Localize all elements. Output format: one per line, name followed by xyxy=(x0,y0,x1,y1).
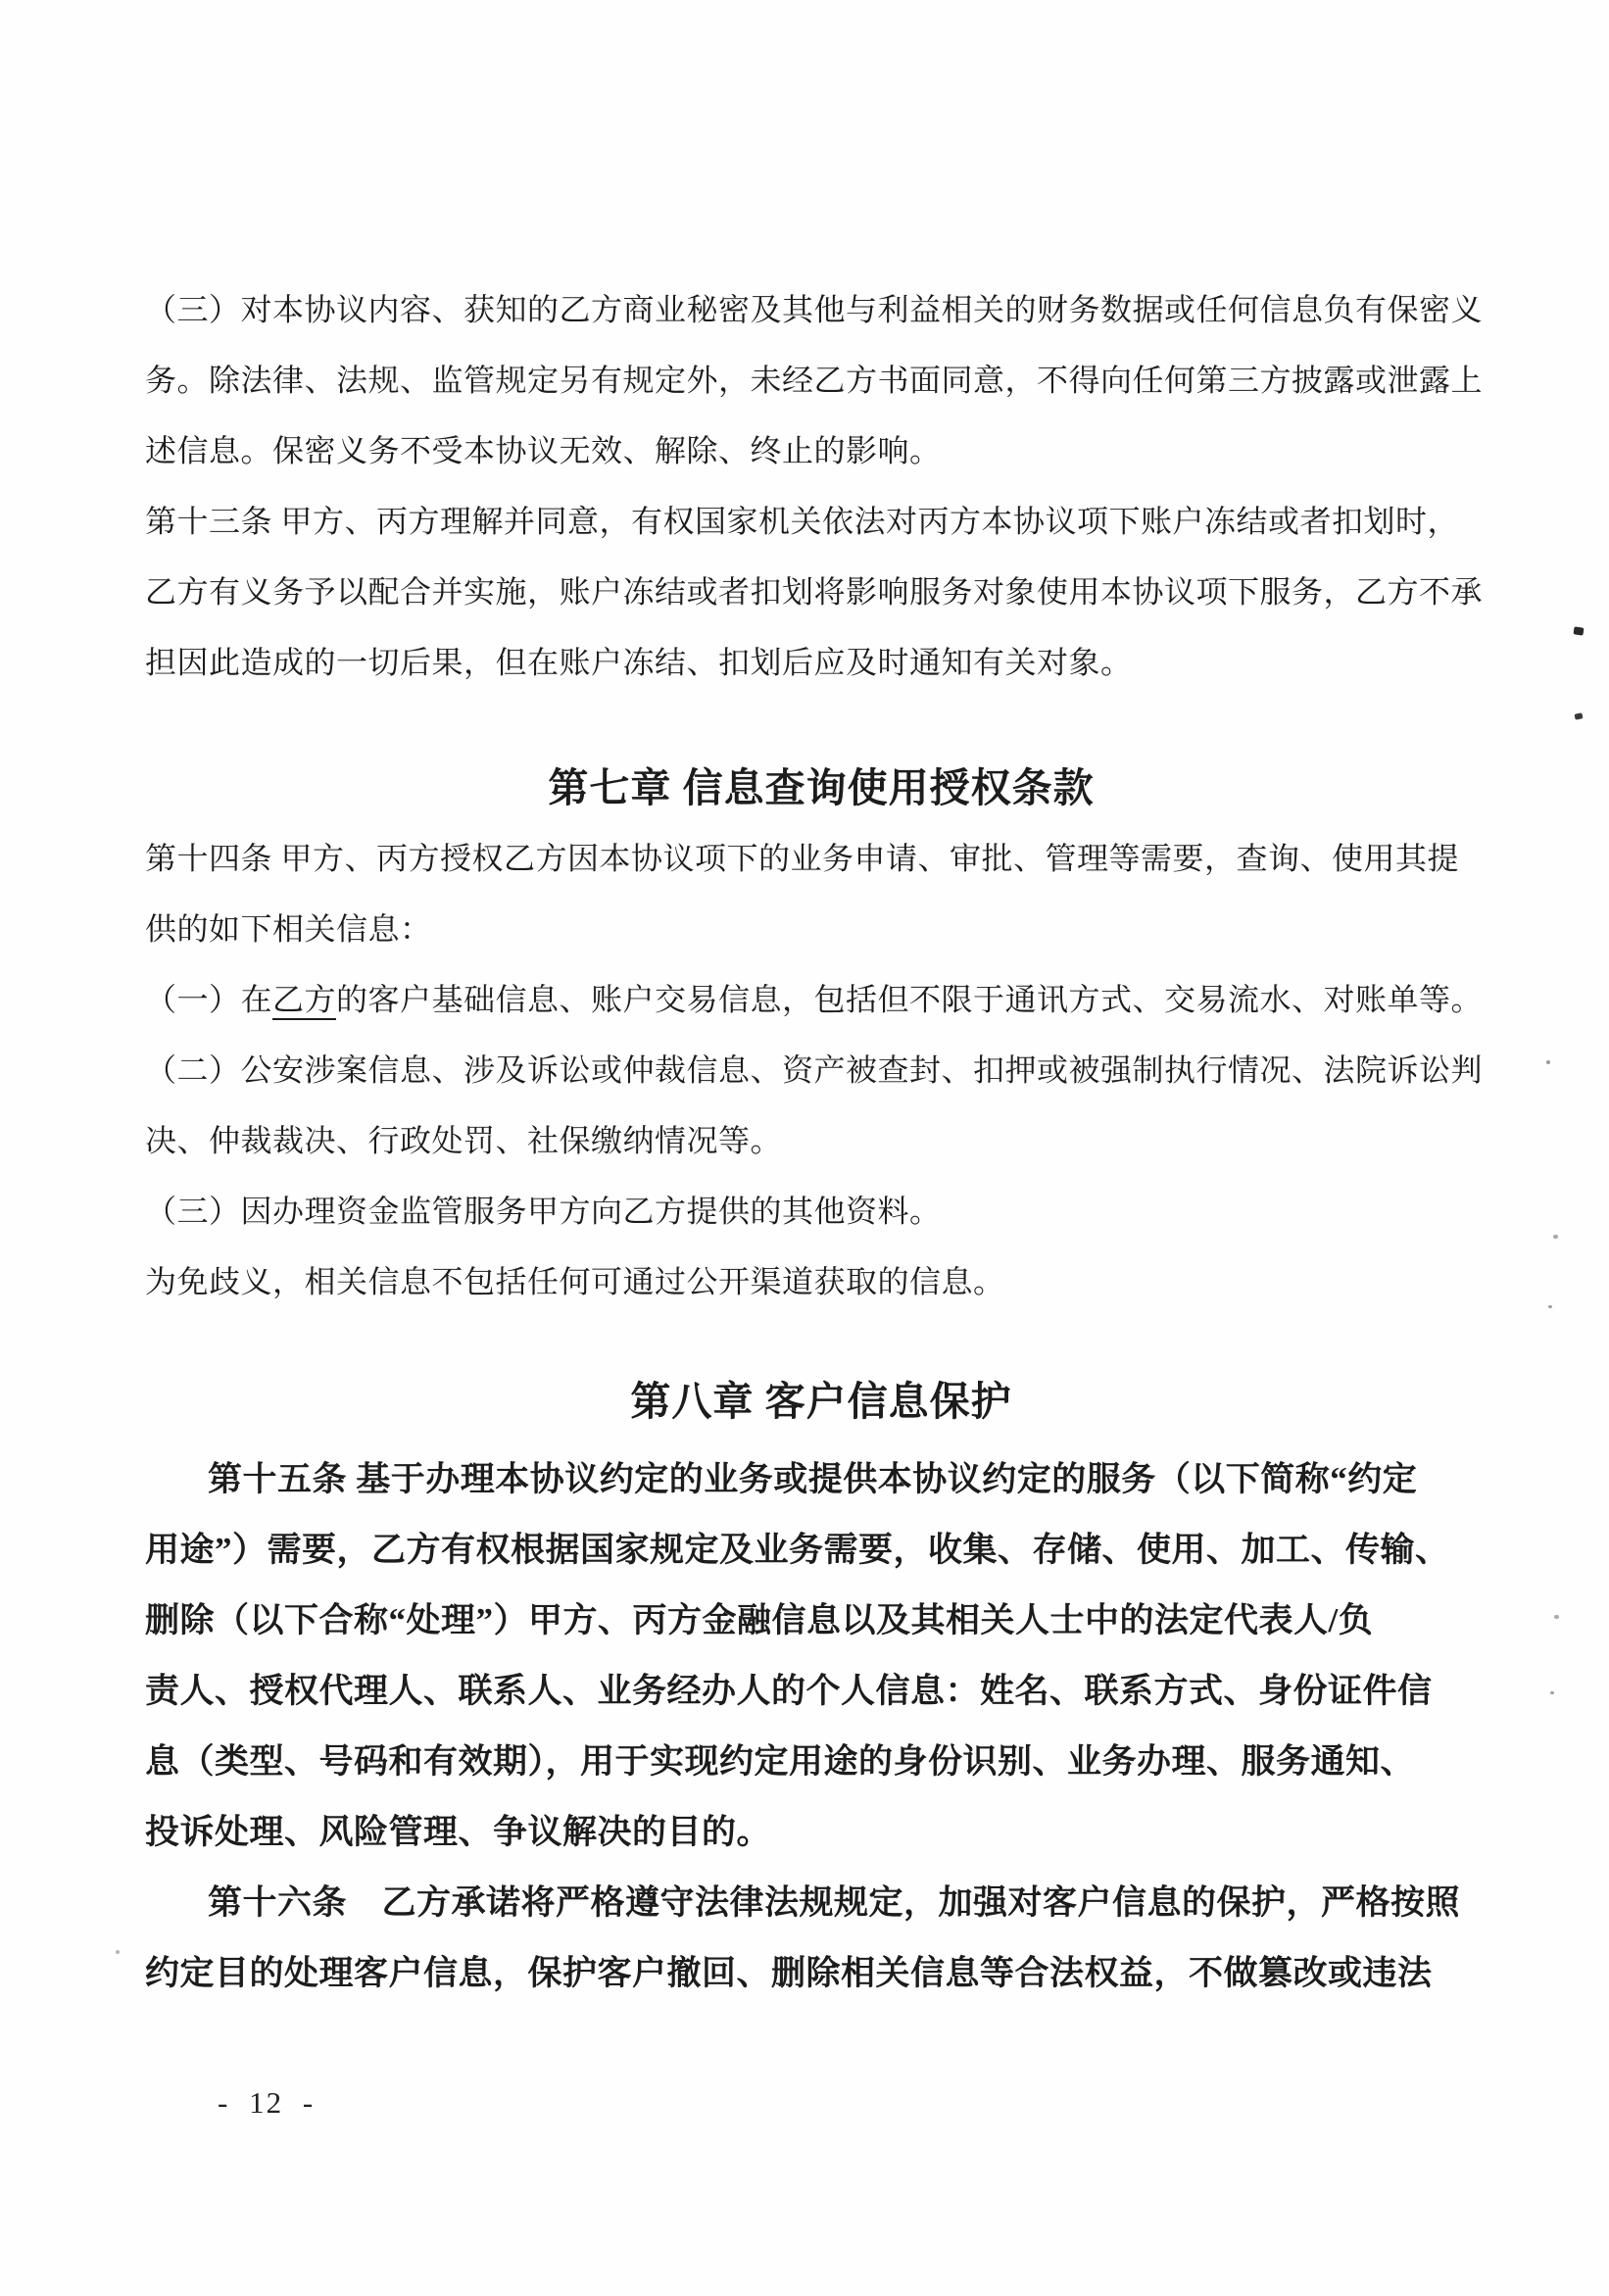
text-body: （三）对本协议内容、获知的乙方商业秘密及其他与利益相关的财务数据或任何信息负有保… xyxy=(145,274,1497,2009)
text-line: 责人、授权代理人、联系人、业务经办人的个人信息：姓名、联系方式、身份证件信 xyxy=(145,1656,1497,1727)
text-line: 第十四条 甲方、丙方授权乙方因本协议项下的业务申请、审批、管理等需要，查询、使用… xyxy=(145,823,1497,894)
scan-artifact xyxy=(1554,1615,1559,1619)
text-line: 删除（以下合称“处理”）甲方、丙方金融信息以及其相关人士中的法定代表人/负 xyxy=(145,1586,1497,1656)
text-line: （一）在乙方的客户基础信息、账户交易信息，包括但不限于通讯方式、交易流水、对账单… xyxy=(145,964,1497,1035)
text-line: （三）对本协议内容、获知的乙方商业秘密及其他与利益相关的财务数据或任何信息负有保… xyxy=(145,274,1497,345)
para-article-15: 第十五条 基于办理本协议约定的业务或提供本协议约定的服务（以下简称“约定用途”）… xyxy=(145,1444,1497,1868)
scan-artifact xyxy=(1553,1235,1558,1239)
para-item3-confidentiality: （三）对本协议内容、获知的乙方商业秘密及其他与利益相关的财务数据或任何信息负有保… xyxy=(145,274,1497,486)
document-page: （三）对本协议内容、获知的乙方商业秘密及其他与利益相关的财务数据或任何信息负有保… xyxy=(0,0,1609,2296)
text-line: 用途”）需要，乙方有权根据国家规定及业务需要，收集、存储、使用、加工、传输、 xyxy=(145,1515,1497,1586)
text-line: 投诉处理、风险管理、争议解决的目的。 xyxy=(145,1797,1497,1868)
text-line: 述信息。保密义务不受本协议无效、解除、终止的影响。 xyxy=(145,415,1497,486)
text-line: 第十三条 甲方、丙方理解并同意，有权国家机关依法对丙方本协议项下账户冻结或者扣划… xyxy=(145,486,1497,557)
text-line: 约定目的处理客户信息，保护客户撤回、删除相关信息等合法权益，不做篡改或违法 xyxy=(145,1938,1497,2009)
scan-artifact xyxy=(1548,1305,1552,1308)
scan-artifact xyxy=(1573,626,1584,635)
text-line: 决、仲裁裁决、行政处罚、社保缴纳情况等。 xyxy=(145,1105,1497,1176)
text-line: 供的如下相关信息： xyxy=(145,894,1497,964)
underlined-text: 乙方 xyxy=(272,982,336,1020)
text-line: 第十六条 乙方承诺将严格遵守法律法规规定，加强对客户信息的保护，严格按照 xyxy=(145,1868,1497,1938)
text-line: （三）因办理资金监管服务甲方向乙方提供的其他资料。 xyxy=(145,1176,1497,1246)
para-article-14-items: （一）在乙方的客户基础信息、账户交易信息，包括但不限于通讯方式、交易流水、对账单… xyxy=(145,964,1497,1317)
text-segment: （一）在 xyxy=(145,982,272,1017)
scan-artifact xyxy=(116,1950,120,1954)
text-line: 担因此造成的一切后果，但在账户冻结、扣划后应及时通知有关对象。 xyxy=(145,627,1497,698)
chapter-8-heading: 第八章 客户信息保护 xyxy=(145,1366,1497,1437)
text-line: 为免歧义，相关信息不包括任何可通过公开渠道获取的信息。 xyxy=(145,1246,1497,1317)
para-article-13: 第十三条 甲方、丙方理解并同意，有权国家机关依法对丙方本协议项下账户冻结或者扣划… xyxy=(145,486,1497,698)
text-line: 第十五条 基于办理本协议约定的业务或提供本协议约定的服务（以下简称“约定 xyxy=(145,1444,1497,1515)
text-line: 息（类型、号码和有效期），用于实现约定用途的身份识别、业务办理、服务通知、 xyxy=(145,1727,1497,1797)
text-line: 乙方有义务予以配合并实施，账户冻结或者扣划将影响服务对象使用本协议项下服务，乙方… xyxy=(145,557,1497,627)
page-number: - 12 - xyxy=(218,2085,315,2121)
para-article-14: 第十四条 甲方、丙方授权乙方因本协议项下的业务申请、审批、管理等需要，查询、使用… xyxy=(145,823,1497,964)
scan-artifact xyxy=(1546,1060,1550,1064)
scan-artifact xyxy=(1574,712,1583,720)
scan-artifact xyxy=(1550,1691,1554,1694)
text-line: 务。除法律、法规、监管规定另有规定外，未经乙方书面同意，不得向任何第三方披露或泄… xyxy=(145,345,1497,415)
chapter-7-heading: 第七章 信息查询使用授权条款 xyxy=(145,753,1497,823)
text-segment: 的客户基础信息、账户交易信息，包括但不限于通讯方式、交易流水、对账单等。 xyxy=(336,982,1483,1017)
text-line: （二）公安涉案信息、涉及诉讼或仲裁信息、资产被查封、扣押或被强制执行情况、法院诉… xyxy=(145,1035,1497,1105)
para-article-16: 第十六条 乙方承诺将严格遵守法律法规规定，加强对客户信息的保护，严格按照约定目的… xyxy=(145,1868,1497,2009)
